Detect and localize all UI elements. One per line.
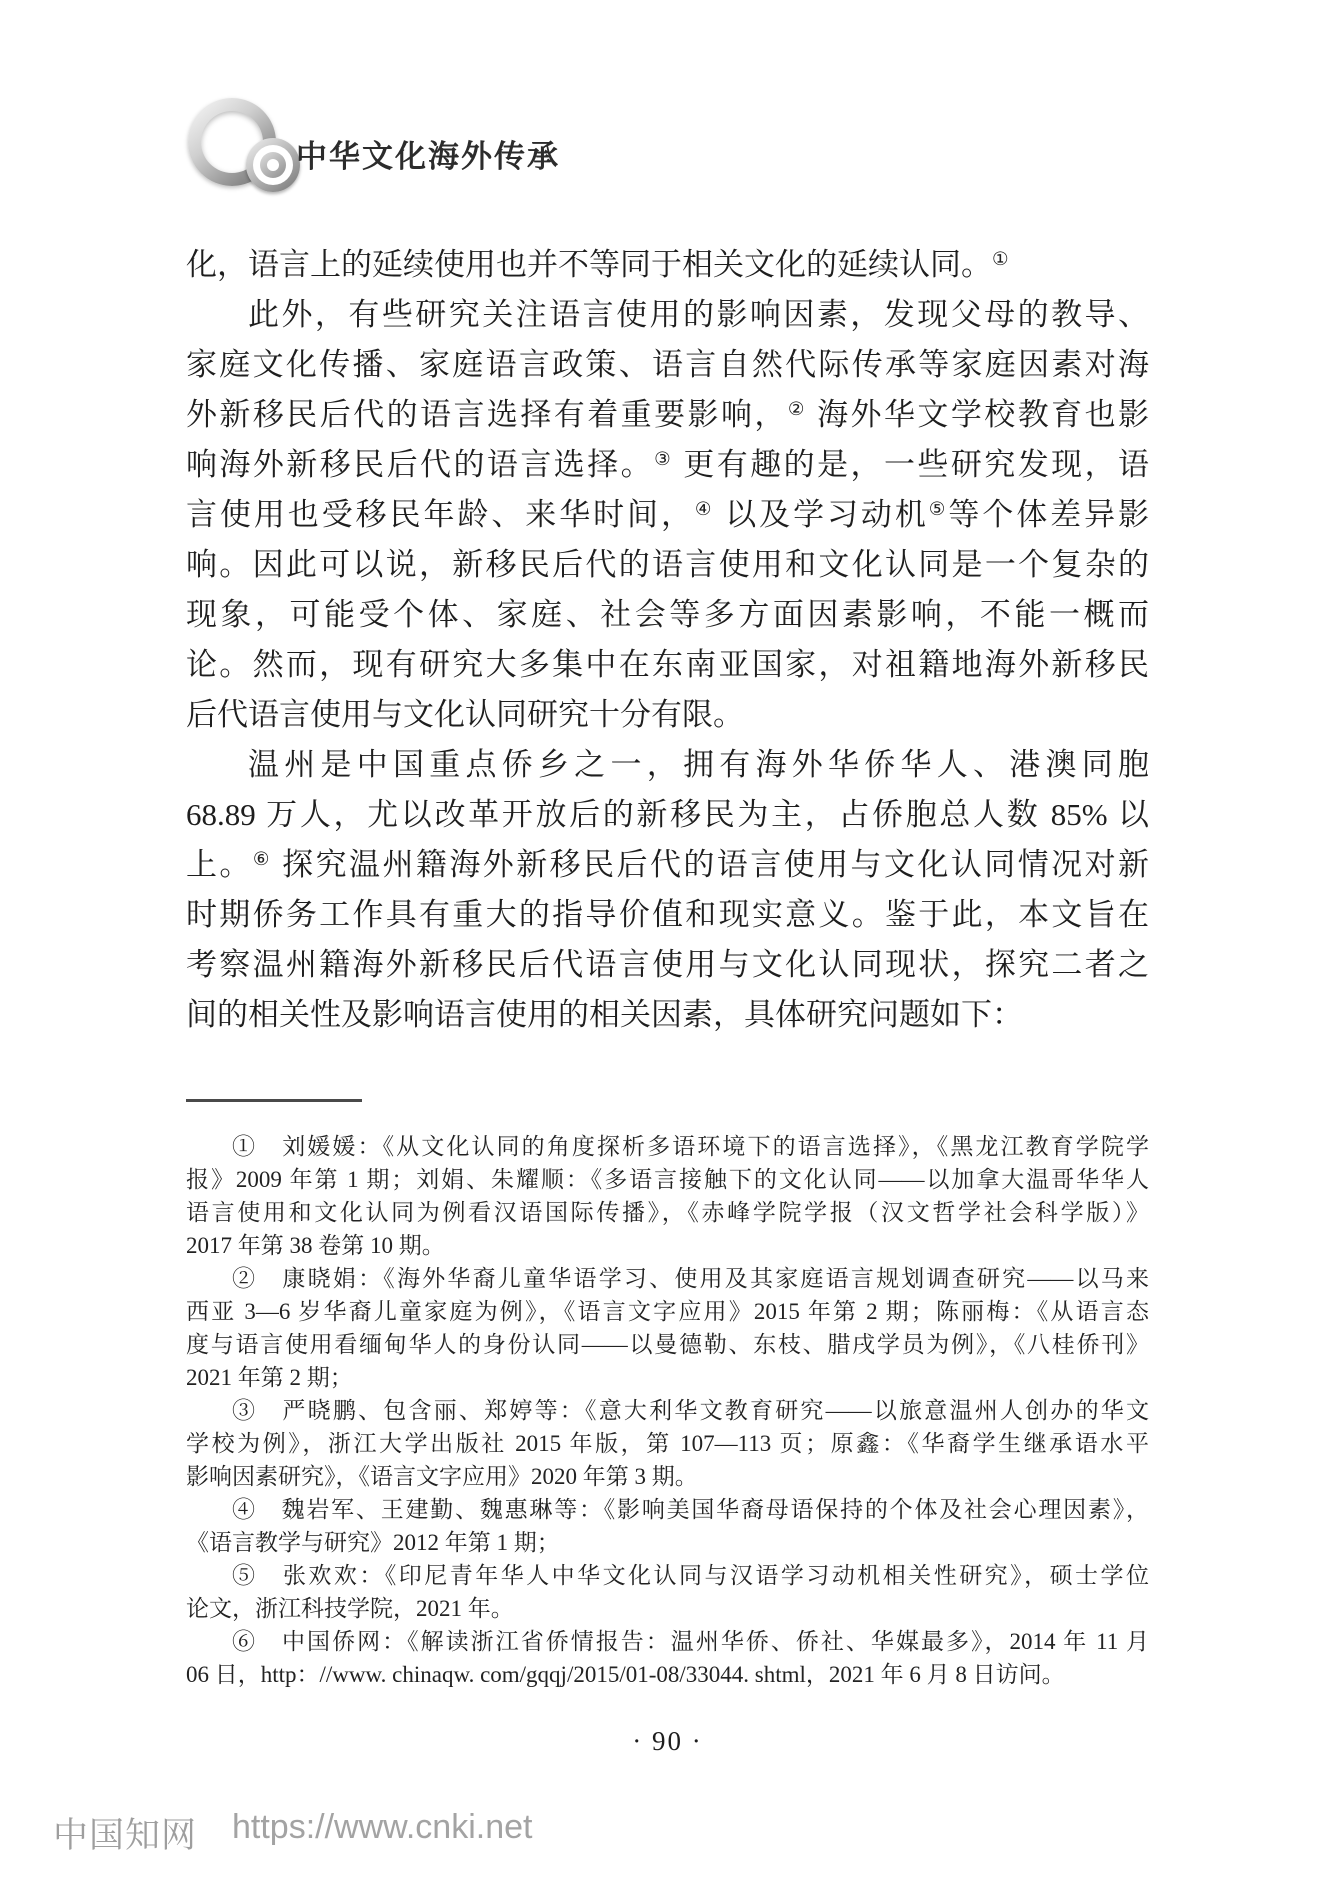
body-line: 响。因此可以说，新移民后代的语言使用和文化认同是一个复杂的: [186, 540, 1149, 590]
footnote-line: 论文，浙江科技学院，2021 年。: [186, 1592, 1149, 1625]
body-line: 68.89 万人，尤以改革开放后的新移民为主，占侨胞总人数 85% 以: [186, 790, 1149, 840]
footnote-line: 度与语言使用看缅甸华人的身份认同——以曼德勒、东枝、腊戌学员为例》，《八桂侨刊》: [186, 1328, 1149, 1361]
body-line: 上。⑥ 探究温州籍海外新移民后代的语言使用与文化认同情况对新: [186, 840, 1149, 890]
book-series-title: 中华文化海外传承: [296, 131, 560, 176]
body-line: 现象，可能受个体、家庭、社会等多方面因素影响，不能一概而: [186, 590, 1149, 640]
footnote-line: 《语言教学与研究》2012 年第 1 期；: [186, 1526, 1149, 1559]
body-line: 化，语言上的延续使用也并不等同于相关文化的延续认同。①: [186, 240, 1149, 290]
footnote-line: ⑤ 张欢欢：《印尼青年华人中华文化认同与汉语学习动机相关性研究》，硕士学位: [186, 1559, 1149, 1592]
scanned-book-page: 中华文化海外传承 化，语言上的延续使用也并不等同于相关文化的延续认同。① 此外，…: [0, 0, 1338, 1890]
logo-small-ring-icon: [246, 138, 300, 192]
footnote-line: 06 日，http：//www. chinaqw. com/gqqj/2015/…: [186, 1658, 1149, 1691]
footnote-line: 2021 年第 2 期；: [186, 1361, 1149, 1394]
footnote-line: ① 刘媛媛：《从文化认同的角度探析多语环境下的语言选择》，《黑龙江教育学院学: [186, 1130, 1149, 1163]
footnote-line: ③ 严晓鹏、包含丽、郑婷等：《意大利华文教育研究——以旅意温州人创办的华文: [186, 1394, 1149, 1427]
footnote-line: 西亚 3—6 岁华裔儿童家庭为例》，《语言文字应用》2015 年第 2 期；陈丽…: [186, 1295, 1149, 1328]
body-line: 此外，有些研究关注语言使用的影响因素，发现父母的教导、: [186, 290, 1149, 340]
footnote-line: 报》2009 年第 1 期；刘娟、朱耀顺：《多语言接触下的文化认同——以加拿大温…: [186, 1163, 1149, 1196]
cnki-watermark: 中国知网 https://www.cnki.net: [0, 1800, 1338, 1870]
body-line: 响海外新移民后代的语言选择。③ 更有趣的是，一些研究发现，语: [186, 440, 1149, 490]
footnote-line: 影响因素研究》，《语言文字应用》2020 年第 3 期。: [186, 1460, 1149, 1493]
body-text: 化，语言上的延续使用也并不等同于相关文化的延续认同。① 此外，有些研究关注语言使…: [186, 240, 1149, 1040]
cnki-url-text: https://www.cnki.net: [232, 1808, 532, 1847]
page-number: · 90 ·: [186, 1726, 1149, 1757]
body-line: 家庭文化传播、家庭语言政策、语言自然代际传承等家庭因素对海: [186, 340, 1149, 390]
body-line: 论。然而，现有研究大多集中在东南亚国家，对祖籍地海外新移民: [186, 640, 1149, 690]
cnki-brand-text: 中国知网: [53, 1808, 197, 1858]
body-line: 间的相关性及影响语言使用的相关因素，具体研究问题如下：: [186, 990, 1149, 1040]
footnote-line: 2017 年第 38 卷第 10 期。: [186, 1229, 1149, 1262]
footnote-line: ⑥ 中国侨网：《解读浙江省侨情报告：温州华侨、侨社、华媒最多》，2014 年 1…: [186, 1625, 1149, 1658]
body-line: 外新移民后代的语言选择有着重要影响，② 海外华文学校教育也影: [186, 390, 1149, 440]
body-line: 考察温州籍海外新移民后代语言使用与文化认同现状，探究二者之: [186, 940, 1149, 990]
footnote-line: ④ 魏岩军、王建勤、魏惠琳等：《影响美国华裔母语保持的个体及社会心理因素》，: [186, 1493, 1149, 1526]
footnotes: ① 刘媛媛：《从文化认同的角度探析多语环境下的语言选择》，《黑龙江教育学院学 报…: [186, 1130, 1149, 1691]
body-line: 后代语言使用与文化认同研究十分有限。: [186, 690, 1149, 740]
body-line: 时期侨务工作具有重大的指导价值和现实意义。鉴于此，本文旨在: [186, 890, 1149, 940]
logo-small-ring-inner-icon: [260, 152, 286, 178]
footnote-line: ② 康晓娟：《海外华裔儿童华语学习、使用及其家庭语言规划调查研究——以马来: [186, 1262, 1149, 1295]
body-line: 言使用也受移民年龄、来华时间，④ 以及学习动机⑤等个体差异影: [186, 490, 1149, 540]
footnote-line: 语言使用和文化认同为例看汉语国际传播》，《赤峰学院学报（汉文哲学社会科学版）》: [186, 1196, 1149, 1229]
footnote-line: 学校为例》，浙江大学出版社 2015 年版，第 107—113 页；原鑫：《华裔…: [186, 1427, 1149, 1460]
footnote-separator: [186, 1099, 362, 1102]
page-header: 中华文化海外传承: [0, 0, 1338, 200]
body-line: 温州是中国重点侨乡之一，拥有海外华侨华人、港澳同胞: [186, 740, 1149, 790]
publisher-logo: [188, 98, 308, 198]
